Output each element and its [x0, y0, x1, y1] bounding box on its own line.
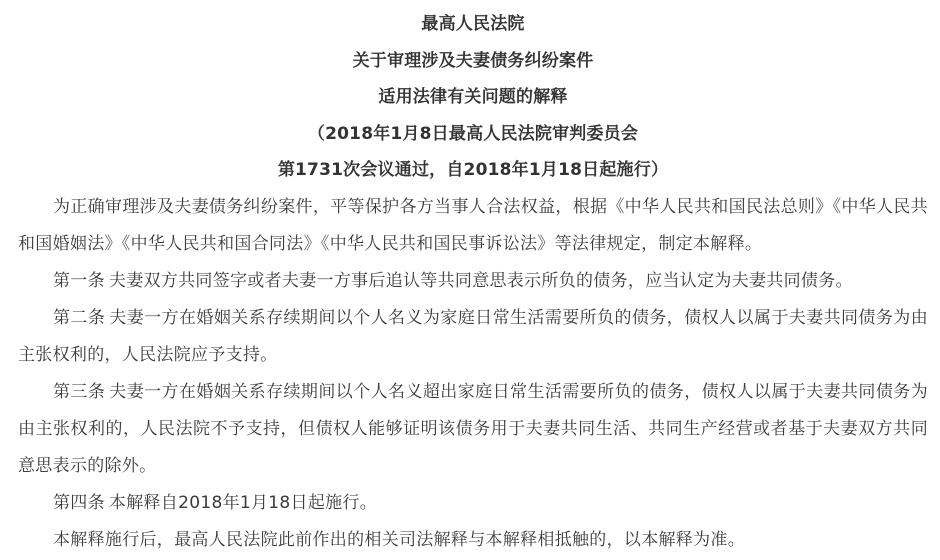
title-effective-note: 第1731次会议通过，自2018年1月18日起施行） — [18, 152, 928, 189]
article-text: 夫妻一方在婚姻关系存续期间以个人名义为家庭日常生活需要所负的债务，债权人以属于夫… — [18, 308, 928, 365]
article-label: 第三条 — [53, 382, 105, 402]
article-label: 第二条 — [53, 308, 105, 328]
title-subject: 关于审理涉及夫妻债务纠纷案件 — [18, 43, 928, 80]
document-title: 最高人民法院 关于审理涉及夫妻债务纠纷案件 适用法律有关问题的解释 （2018年… — [18, 6, 928, 189]
article-text: 本解释自2018年1月18日起施行。 — [109, 493, 377, 513]
title-issuer: 最高人民法院 — [18, 6, 928, 43]
article-2: 第二条夫妻一方在婚姻关系存续期间以个人名义为家庭日常生活需要所负的债务，债权人以… — [18, 300, 928, 374]
preamble-paragraph: 为正确审理涉及夫妻债务纠纷案件，平等保护各方当事人合法权益，根据《中华人民共和国… — [18, 189, 928, 263]
article-label: 第一条 — [53, 271, 105, 291]
title-subject-cont: 适用法律有关问题的解释 — [18, 79, 928, 116]
article-4: 第四条本解释自2018年1月18日起施行。 — [18, 485, 928, 522]
article-text: 夫妻双方共同签字或者夫妻一方事后追认等共同意思表示所负的债务，应当认定为夫妻共同… — [109, 271, 853, 291]
legal-document: 最高人民法院 关于审理涉及夫妻债务纠纷案件 适用法律有关问题的解释 （2018年… — [0, 0, 940, 560]
document-body: 为正确审理涉及夫妻债务纠纷案件，平等保护各方当事人合法权益，根据《中华人民共和国… — [18, 189, 928, 559]
title-adoption-note: （2018年1月8日最高人民法院审判委员会 — [18, 116, 928, 153]
article-1: 第一条夫妻双方共同签字或者夫妻一方事后追认等共同意思表示所负的债务，应当认定为夫… — [18, 263, 928, 300]
article-text: 夫妻一方在婚姻关系存续期间以个人名义超出家庭日常生活需要所负的债务，债权人以属于… — [18, 382, 928, 476]
closing-paragraph: 本解释施行后，最高人民法院此前作出的相关司法解释与本解释相抵触的，以本解释为准。 — [18, 522, 928, 559]
article-3: 第三条夫妻一方在婚姻关系存续期间以个人名义超出家庭日常生活需要所负的债务，债权人… — [18, 374, 928, 485]
article-label: 第四条 — [53, 493, 105, 513]
